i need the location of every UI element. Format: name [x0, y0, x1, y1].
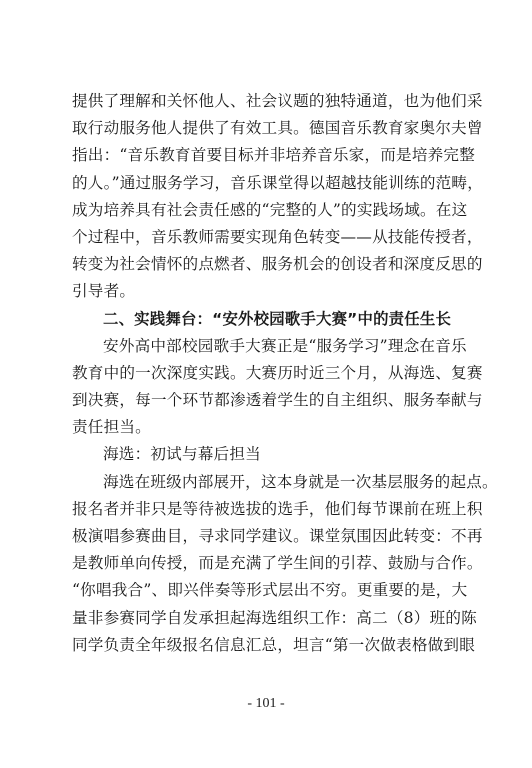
text-line: 海选在班级内部展开，这本身就是一次基层服务的起点。	[72, 469, 464, 496]
text-line: 个过程中，音乐教师需要实现角色转变——从技能传授者，	[72, 224, 464, 251]
text-line: 教育中的一次深度实践。大赛历时近三个月，从海选、复赛	[72, 360, 464, 387]
paragraph: 提供了理解和关怀他人、社会议题的独特通道，也为他们采 取行动服务他人提供了有效工…	[72, 88, 464, 306]
text-line: 极演唱参赛曲目，寻求同学建议。课堂氛围因此转变：不再	[72, 523, 464, 550]
section-heading: 二、实践舞台：“安外校园歌手大赛”中的责任生长	[72, 306, 464, 333]
text-line: 是教师单向传授，而是充满了学生间的引荐、鼓励与合作。	[72, 550, 464, 577]
text-line: 报名者并非只是等待被选拔的选手，他们每节课前在班上积	[72, 496, 464, 523]
text-line: 的人。”通过服务学习，音乐课堂得以超越技能训练的范畴，	[72, 170, 464, 197]
text-line: 取行动服务他人提供了有效工具。德国音乐教育家奥尔夫曾	[72, 115, 464, 142]
text-line: 量非参赛同学自发承担起海选组织工作：高二（8）班的陈	[72, 605, 464, 632]
text-line: 指出：“音乐教育首要目标并非培养音乐家，而是培养完整	[72, 142, 464, 169]
text-line: 责任担当。	[72, 414, 464, 441]
text-line: 引导者。	[72, 278, 464, 305]
paragraph: 安外高中部校园歌手大赛正是“服务学习”理念在音乐 教育中的一次深度实践。大赛历时…	[72, 333, 464, 442]
text-line: 同学负责全年级报名信息汇总，坦言“第一次做表格做到眼	[72, 632, 464, 659]
text-line: 提供了理解和关怀他人、社会议题的独特通道，也为他们采	[72, 88, 464, 115]
page-number: - 101 -	[0, 696, 532, 712]
subheading: 海选：初试与幕后担当	[72, 441, 464, 468]
text-line: 到决赛，每一个环节都渗透着学生的自主组织、服务奉献与	[72, 387, 464, 414]
text-line: 成为培养具有社会责任感的“完整的人”的实践场域。在这	[72, 197, 464, 224]
text-line: “你唱我合”、即兴伴奏等形式层出不穷。更重要的是，大	[72, 577, 464, 604]
paragraph: 海选在班级内部展开，这本身就是一次基层服务的起点。 报名者并非只是等待被选拔的选…	[72, 469, 464, 659]
text-line: 转变为社会情怀的点燃者、服务机会的创设者和深度反思的	[72, 251, 464, 278]
document-page: 提供了理解和关怀他人、社会议题的独特通道，也为他们采 取行动服务他人提供了有效工…	[72, 88, 464, 659]
text-line: 安外高中部校园歌手大赛正是“服务学习”理念在音乐	[72, 333, 464, 360]
